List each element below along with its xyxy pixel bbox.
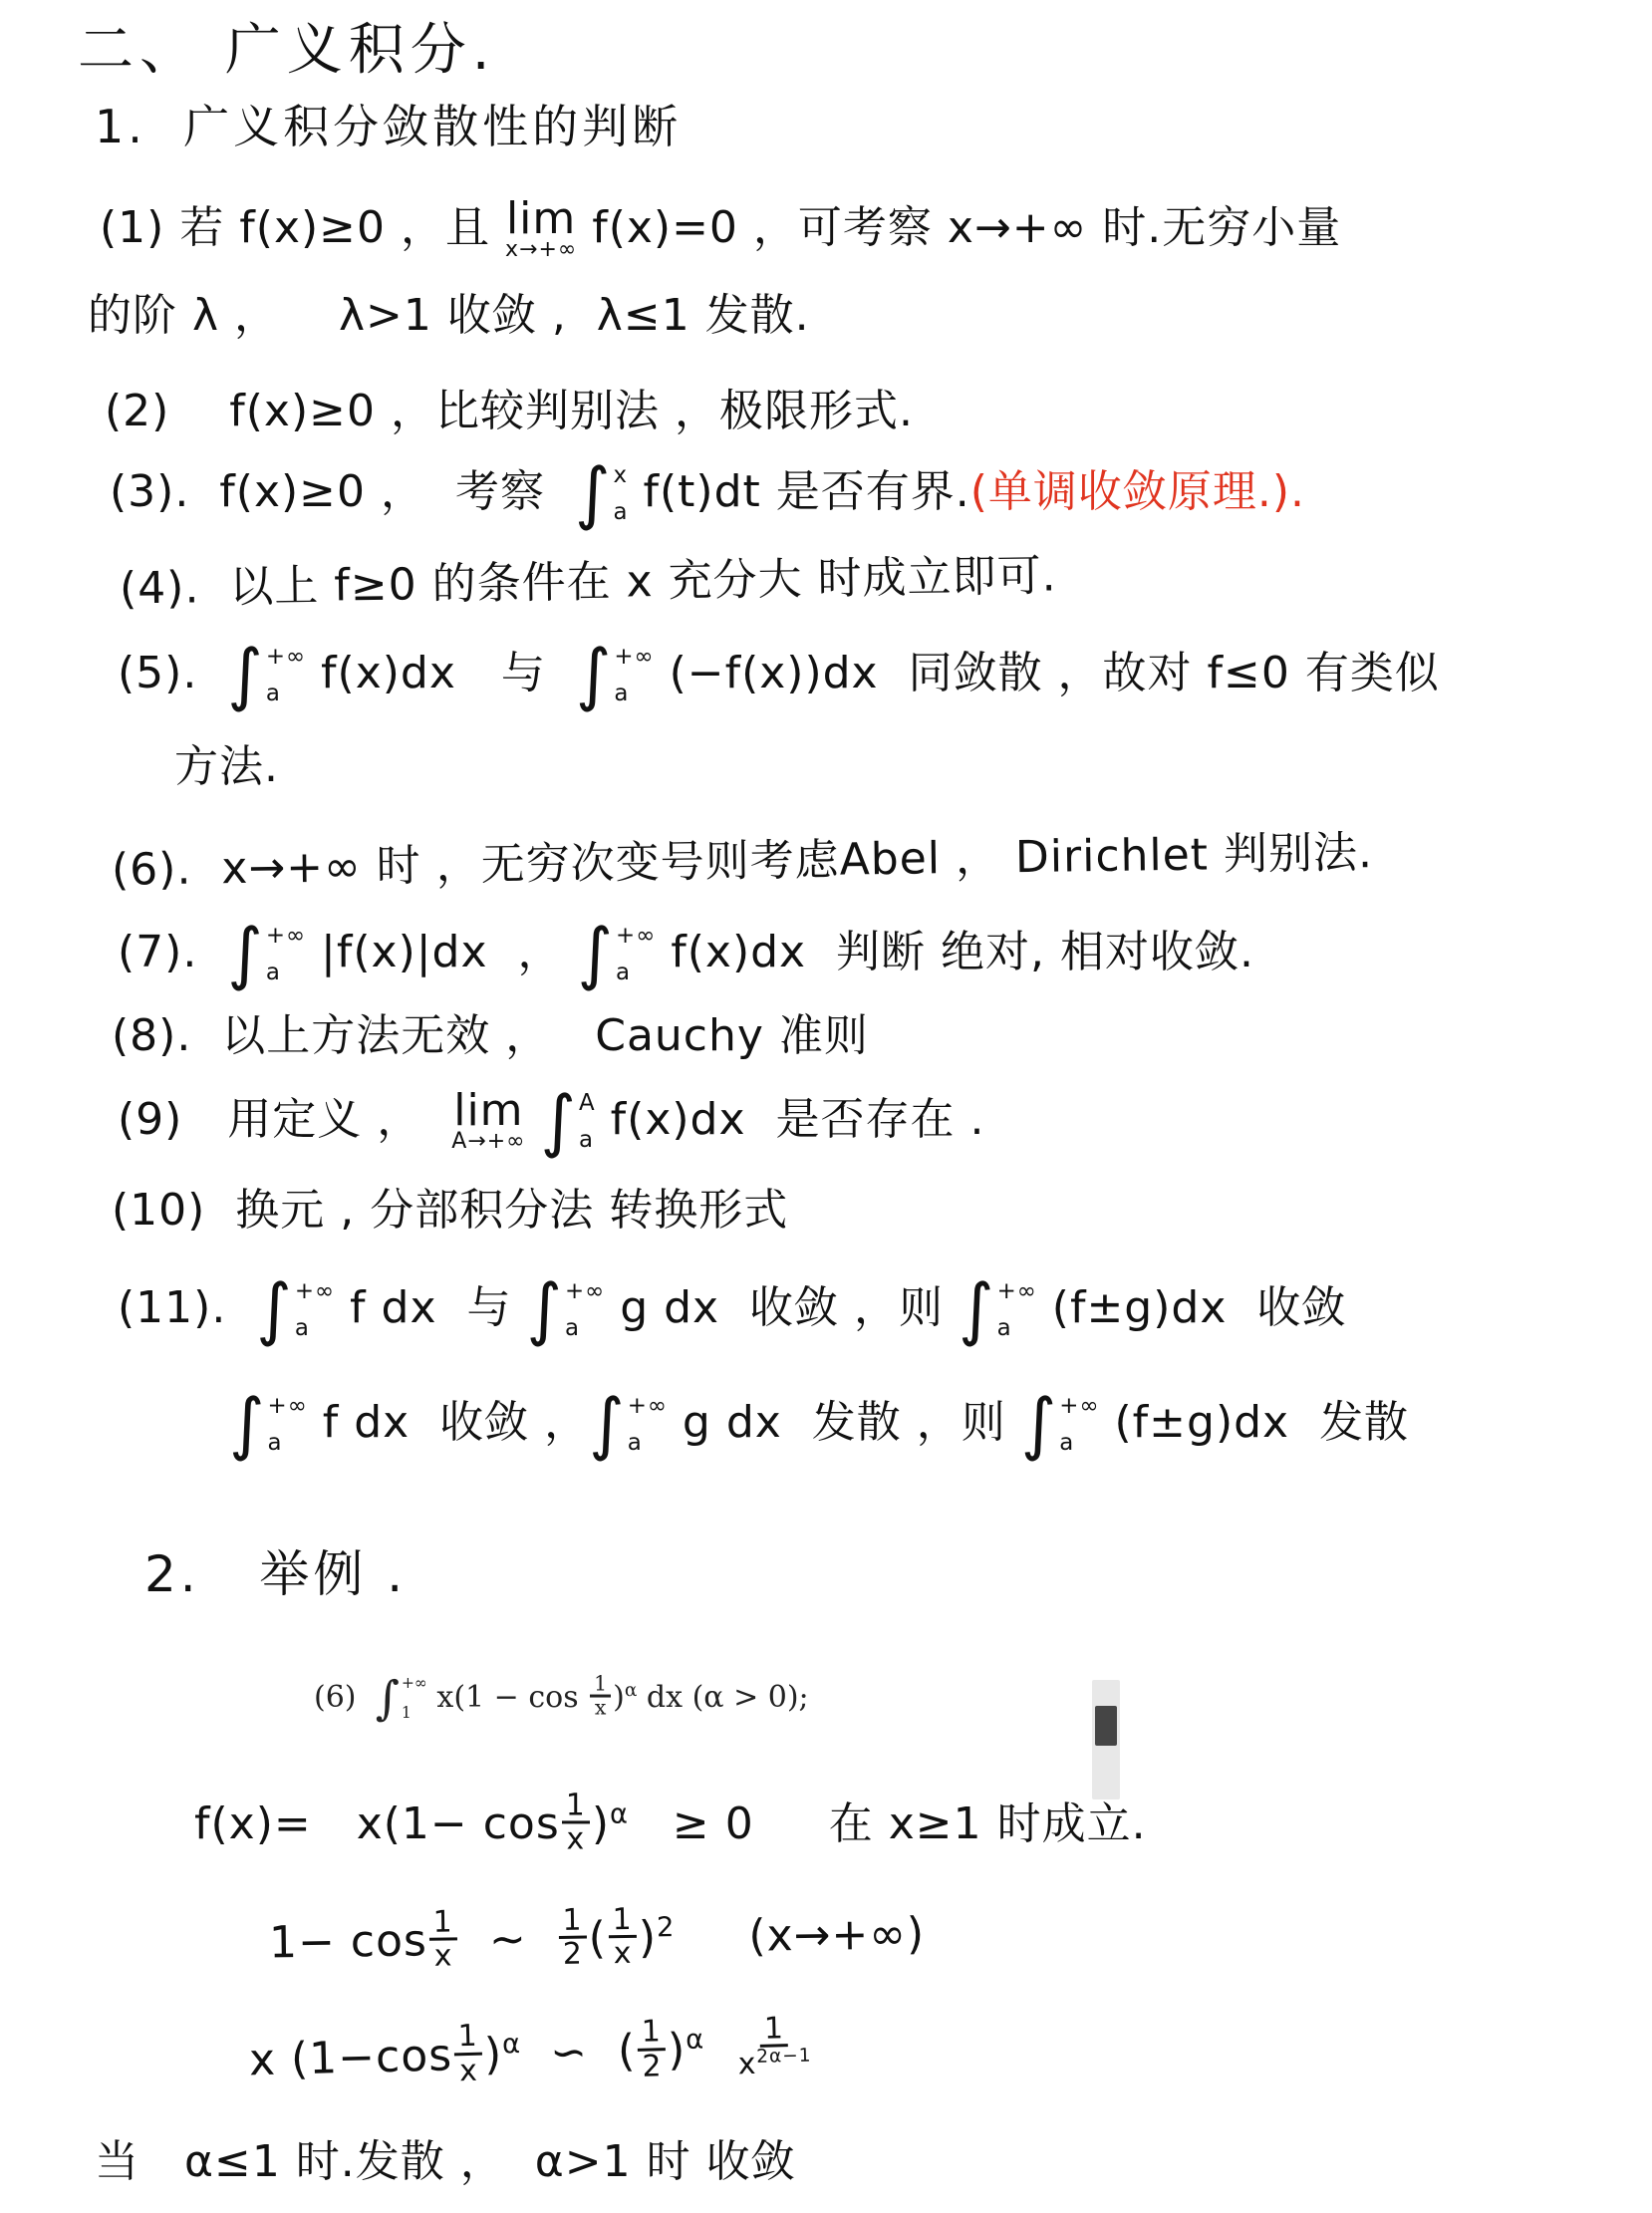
work-line-equiv: 1− cos1x ~ 12(1x)2 (x→+∞) [269, 1903, 926, 1978]
note-line-4: (4). 以上 f≥0 的条件在 x 充分大 时成立即可. [120, 551, 1057, 613]
note-line-1b: 的阶 λ ， λ>1 收敛 , λ≤1 发散. [88, 291, 810, 340]
note-line-7: (7). ∫+∞a |f(x)|dx ， ∫+∞a f(x)dx 判断 绝对, … [118, 925, 1254, 984]
note-line-11a: (11). ∫+∞a f dx 与 ∫+∞a g dx 收敛 ，则 ∫+∞a (… [118, 1280, 1346, 1340]
note-line-3: (3). f(x)≥0 ， 考察 ∫xa f(t)dt 是否有界.(单调收敛原理… [110, 464, 1305, 524]
note-line-11b: ∫+∞a f dx 收敛 ，∫+∞a g dx 发散 ，则 ∫+∞a (f±g)… [229, 1395, 1409, 1455]
scrollbar-thumb[interactable] [1095, 1706, 1117, 1746]
note-line-6: (6). x→+∞ 时 ，无穷次变号则考虑Abel ， Dirichlet 判别… [112, 828, 1374, 895]
work-line-conclusion: 当 α≤1 时.发散 ， α>1 时 收敛 [95, 2137, 796, 2186]
page-title: 二、 广义积分. [78, 20, 496, 83]
notes-page: 二、 广义积分. 1. 广义积分敛散性的判断 (1) 若 f(x)≥0 ，且 l… [0, 0, 1652, 2213]
note-line-5a: (5). ∫+∞a f(x)dx 与 ∫+∞a (−f(x))dx 同敛散 ，故… [118, 646, 1440, 705]
section-2-heading: 2. 举例 . [144, 1546, 407, 1602]
note-line-8: (8). 以上方法无效 ， Cauchy 准则 [112, 1011, 869, 1060]
note-line-9: (9) 用定义 ， limA→+∞ ∫Aa f(x)dx 是否存在 . [118, 1091, 984, 1153]
section-1-heading: 1. 广义积分敛散性的判断 [95, 102, 682, 153]
work-line-asymptotic: x (1−cos1x)α ∽ (12)α 1x2α−1 [248, 2016, 816, 2096]
scrollbar-track[interactable] [1092, 1680, 1120, 1799]
note-line-2: (2) f(x)≥0 ，比较判别法 ，极限形式. [105, 387, 914, 435]
note-line-1a: (1) 若 f(x)≥0 ，且 limx→+∞ f(x)=0 ，可考察 x→+∞… [100, 199, 1341, 261]
note-line-5b: 方法. [174, 742, 279, 791]
printed-problem-6: (6) ∫+∞1 x(1 − cos 1x)α dx (α > 0); [314, 1676, 809, 1722]
note-line-10: (10) 换元 , 分部积分法 转换形式 [112, 1186, 788, 1235]
work-line-fx: f(x)= x(1− cos1x)α ≥ 0 在 x≥1 时成立. [194, 1794, 1147, 1859]
